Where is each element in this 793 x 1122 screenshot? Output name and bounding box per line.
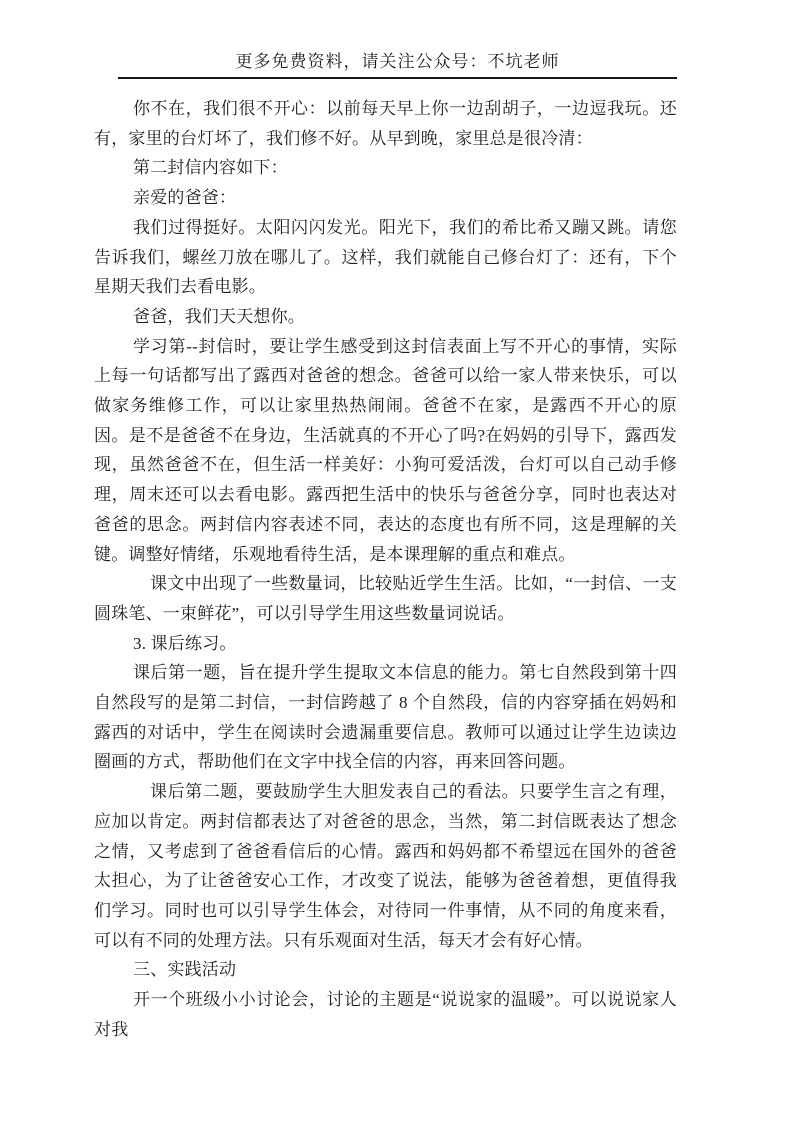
paragraph: 课文中出现了一些数量词，比较贴近学生生活。比如，“一封信、一支圆珠笔、一束鲜花”…: [94, 569, 677, 628]
page-header: 更多免费资料，请关注公众号：不坑老师: [118, 50, 677, 79]
paragraph: 你不在，我们很不开心：以前每天早上你一边刮胡子，一边逗我玩。还有，家里的台灯坏了…: [94, 94, 677, 153]
paragraph: 课后第二题，要鼓励学生大胆发表自己的看法。只要学生言之有理，应加以肯定。两封信都…: [94, 777, 677, 955]
paragraph: 学习第--封信时，要让学生感受到这封信表面上写不开心的事情，实际上每一句话都写出…: [94, 332, 677, 570]
paragraph-section-heading: 三、实践活动: [94, 955, 677, 985]
paragraph: 课后第一题，旨在提升学生提取文本信息的能力。第七自然段到第十四自然段写的是第二封…: [94, 658, 677, 777]
paragraph: 开一个班级小小讨论会，讨论的主题是“说说家的温暖”。可以说说家人对我: [94, 985, 677, 1044]
paragraph: 第二封信内容如下：: [94, 153, 677, 183]
header-rule-divider: [118, 77, 677, 79]
paragraph-exercise-heading: 3. 课后练习。: [94, 629, 677, 659]
document-body: 你不在，我们很不开心：以前每天早上你一边刮胡子，一边逗我玩。还有，家里的台灯坏了…: [94, 94, 677, 1045]
paragraph: 爸爸，我们天天想你。: [94, 302, 677, 332]
document-page: 更多免费资料，请关注公众号：不坑老师 你不在，我们很不开心：以前每天早上你一边刮…: [0, 0, 793, 1122]
paragraph: 亲爱的爸爸：: [94, 183, 677, 213]
header-notice: 更多免费资料，请关注公众号：不坑老师: [118, 50, 677, 74]
paragraph: 我们过得挺好。太阳闪闪发光。阳光下，我们的希比希又蹦又跳。请您告诉我们，螺丝刀放…: [94, 213, 677, 302]
